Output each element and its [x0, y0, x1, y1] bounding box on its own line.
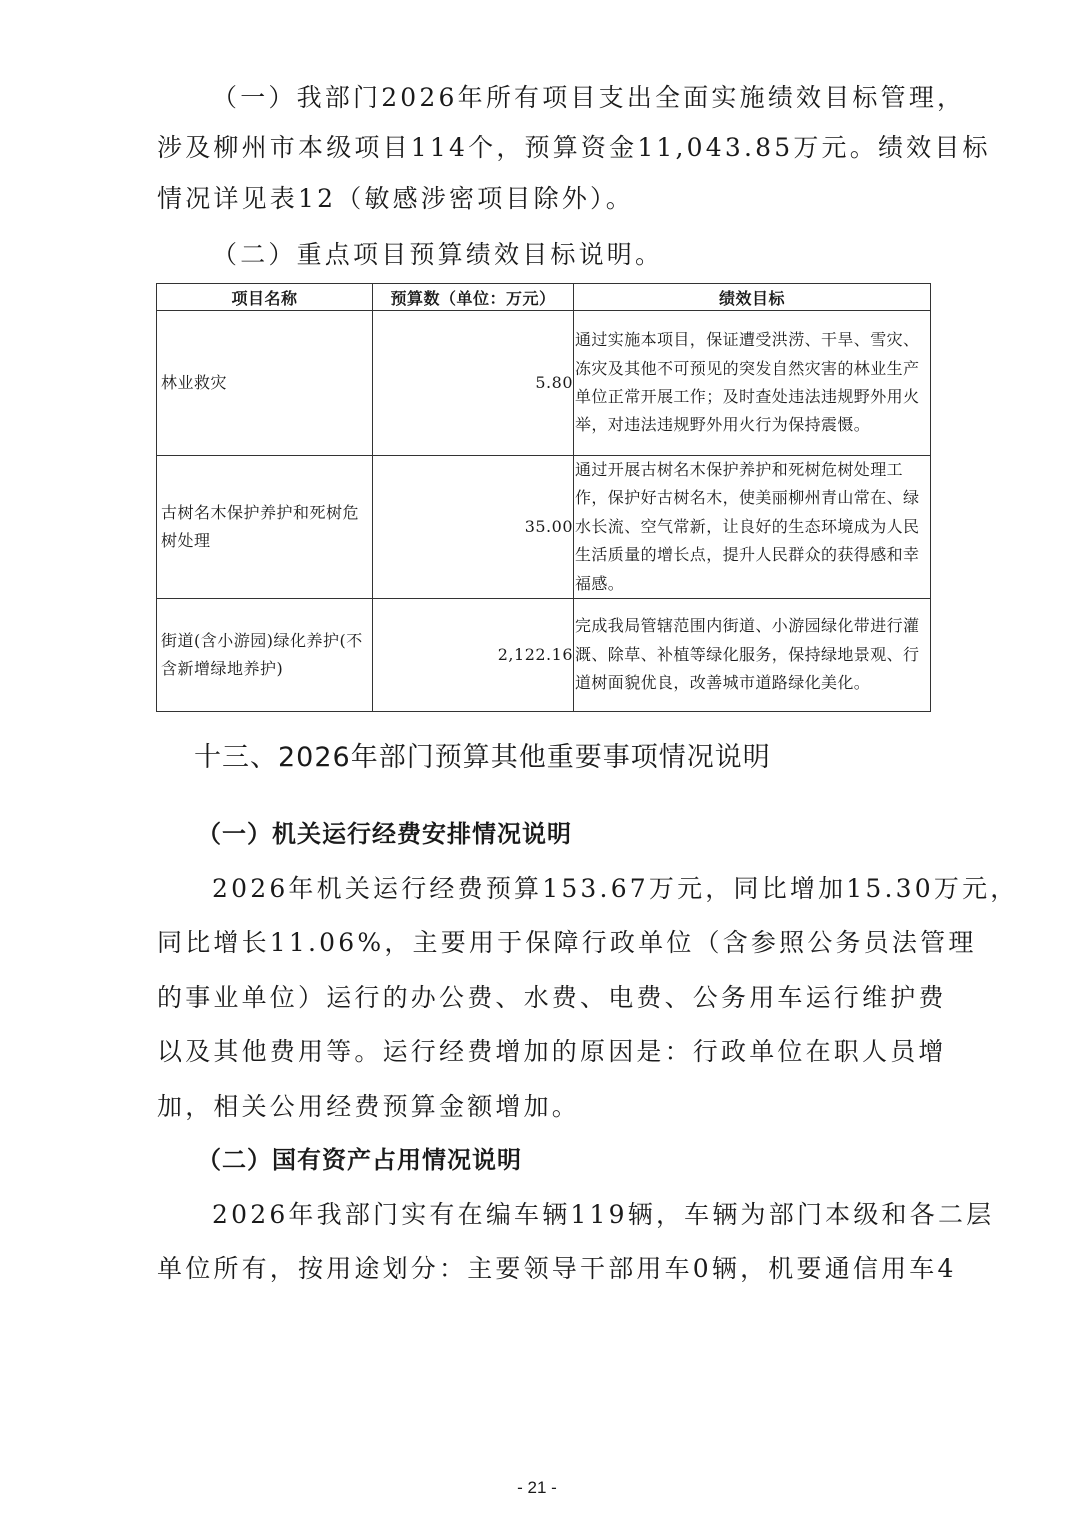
page-number: - 21 -: [0, 1478, 1074, 1498]
budget-cell: 35.00: [373, 456, 574, 599]
project-name-cell: 古树名木保护养护和死树危树处理: [157, 456, 373, 599]
paragraph-line: 单位所有，按用途划分：主要领导干部用车0辆，机要通信用车4: [157, 1252, 957, 1286]
goal-cell: 完成我局管辖范围内街道、小游园绿化带进行灌溉、除草、补植等绿化服务，保持绿地景观…: [574, 599, 931, 712]
paragraph-line: 以及其他费用等。运行经费增加的原因是：行政单位在职人员增: [157, 1035, 947, 1069]
paragraph-line: 2026年机关运行经费预算153.67万元，同比增加15.30万元，: [212, 872, 1018, 906]
budget-cell: 5.80: [373, 311, 574, 456]
subsection-title: （二）国有资产占用情况说明: [197, 1143, 522, 1177]
project-name-cell: 街道(含小游园)绿化养护(不含新增绿地养护): [157, 599, 373, 712]
header-goal: 绩效目标: [574, 284, 931, 311]
goal-cell: 通过开展古树名木保护养护和死树危树处理工作，保护好古树名木，使美丽柳州青山常在、…: [574, 456, 931, 599]
subsection-title: （一）机关运行经费安排情况说明: [197, 817, 572, 851]
table-row: 古树名木保护养护和死树危树处理 35.00 通过开展古树名木保护养护和死树危树处…: [157, 456, 931, 599]
header-budget: 预算数（单位：万元）: [373, 284, 574, 311]
paragraph-line: 2026年我部门实有在编车辆119辆，车辆为部门本级和各二层: [212, 1198, 994, 1232]
paragraph-line: 加，相关公用经费预算金额增加。: [157, 1090, 580, 1124]
paragraph-line: 情况详见表12（敏感涉密项目除外）。: [157, 182, 634, 216]
paragraph-line: 的事业单位）运行的办公费、水费、电费、公务用车运行维护费: [157, 981, 947, 1015]
paragraph-line: 涉及柳州市本级项目114个，预算资金11,043.85万元。绩效目标: [157, 131, 991, 165]
paragraph-line: （一）我部门2026年所有项目支出全面实施绩效目标管理，: [212, 81, 965, 115]
subsection-heading: （二）重点项目预算绩效目标说明。: [212, 238, 663, 272]
project-name-cell: 林业救灾: [157, 311, 373, 456]
budget-cell: 2,122.16: [373, 599, 574, 712]
performance-goals-table: 项目名称 预算数（单位：万元） 绩效目标 林业救灾 5.80 通过实施本项目，保…: [156, 283, 931, 712]
paragraph-line: 同比增长11.06%，主要用于保障行政单位（含参照公务员法管理: [157, 926, 977, 960]
goal-cell: 通过实施本项目，保证遭受洪涝、干旱、雪灾、冻灾及其他不可预见的突发自然灾害的林业…: [574, 311, 931, 456]
section-title: 十三、2026年部门预算其他重要事项情况说明: [194, 740, 771, 776]
table-header-row: 项目名称 预算数（单位：万元） 绩效目标: [157, 284, 931, 311]
table-row: 街道(含小游园)绿化养护(不含新增绿地养护) 2,122.16 完成我局管辖范围…: [157, 599, 931, 712]
table-row: 林业救灾 5.80 通过实施本项目，保证遭受洪涝、干旱、雪灾、冻灾及其他不可预见…: [157, 311, 931, 456]
header-project-name: 项目名称: [157, 284, 373, 311]
